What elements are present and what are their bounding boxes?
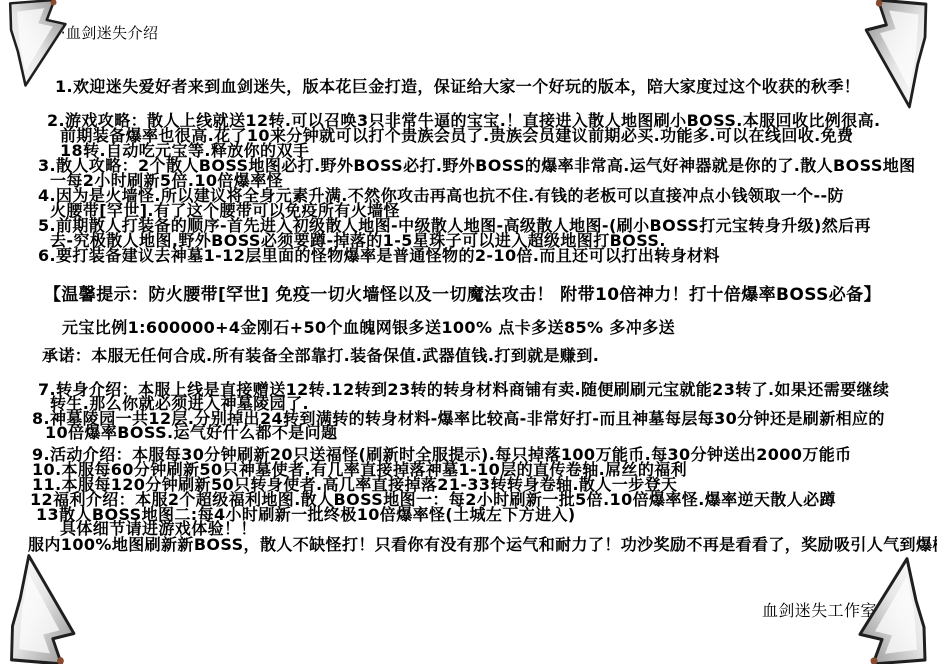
closing-line: 服内100%地图刷新新BOSS，散人不缺怪打！只看你有没有那个运气和耐力了！功沙…	[28, 537, 937, 553]
item8-line-2: 10倍爆率BOSS.运气好什么都不是问题	[45, 425, 337, 441]
promise-line: 承诺：本服无任何合成.所有装备全部靠打.装备保值.武器值钱.打到就是赚到.	[42, 348, 599, 364]
warm-tip-line: 【温馨提示：防火腰带[罕世] 免疫一切火墙怪以及一切魔法攻击！ 附带10倍神力！…	[44, 287, 881, 303]
corner-ornament-bottom-left	[0, 522, 96, 664]
claw-ornament-icon	[837, 526, 937, 664]
claw-ornament-icon	[0, 522, 96, 664]
corner-ornament-bottom-right	[837, 526, 937, 664]
ingot-ratio-line: 元宝比例1:600000+4金刚石+50个血魄网银多送100% 点卡多送85% …	[62, 320, 675, 336]
claw-ornament-icon	[845, 0, 937, 140]
item1-line: 1.欢迎迷失爱好者来到血剑迷失，版本花巨金打造，保证给大家一个好玩的版本，陪大家…	[55, 79, 860, 95]
item6-line: 6.要打装备建议去神墓1-12层里面的怪物爆率是普通怪物的2-10倍.而且还可以…	[38, 248, 720, 264]
corner-ornament-top-right	[845, 0, 937, 140]
corner-ornament-top-left	[0, 0, 85, 112]
claw-ornament-icon	[0, 0, 85, 112]
